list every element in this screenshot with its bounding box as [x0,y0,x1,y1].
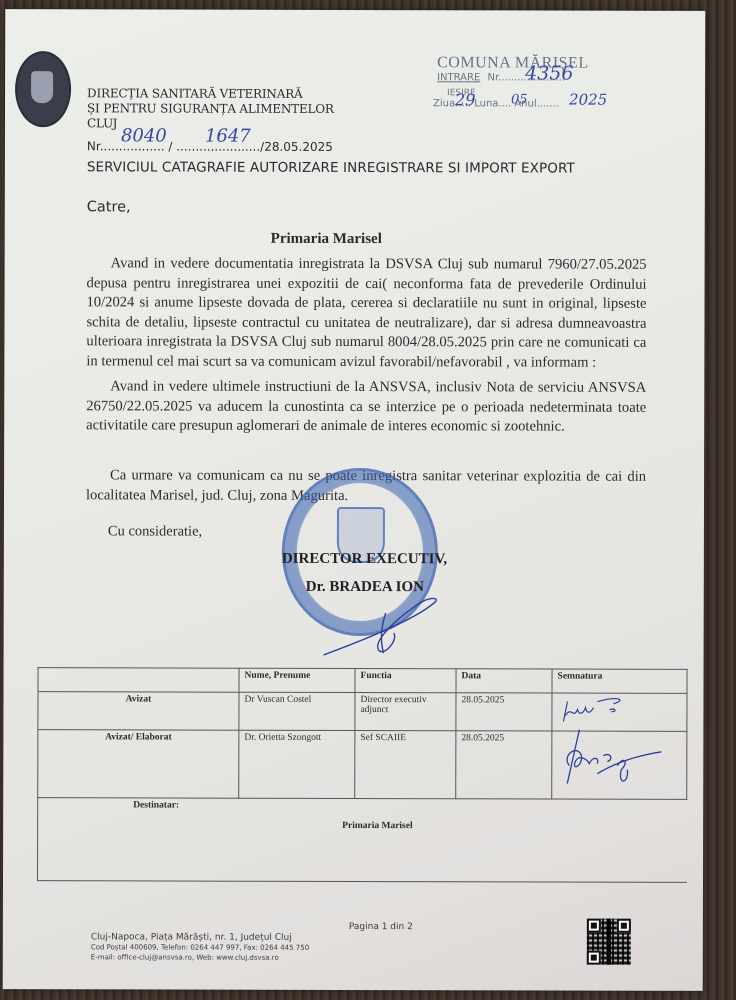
row-signature [552,731,687,799]
row-role: Avizat/ Elaborat [38,730,239,799]
row-role: Avizat [38,692,239,731]
closing: Cu consideratie, [108,523,202,540]
document-page: DIRECȚIA SANITARĂ VETERINARĂ ȘI PENTRU S… [3,9,706,991]
ziua-value: 29 [455,90,475,109]
handwritten-number-1: 8040 [121,125,167,146]
table-header-row: Nume, Prenume Functia Data Semnatura [38,668,687,694]
footer-address: Cluj-Napoca, Piața Mărăști, nr. 1, Județ… [91,932,309,963]
signature-icon [557,726,667,786]
page-number: Pagina 1 din 2 [349,922,413,932]
coat-of-arms-icon [31,71,53,103]
registration-stamp: COMUNA MĂRIȘEL INTRARE Nr...............… [437,54,589,114]
footer-web-line: E-mail: office-cluj@ansvsa.ro, Web: www.… [91,952,309,963]
qr-code-icon [587,919,631,965]
signatory-name: Dr. BRADEA ION [306,579,424,596]
signature-icon [557,696,647,726]
destinatar-value: Primaria Marisel [43,820,682,832]
institution-line-2: ȘI PENTRU SIGURANȚA ALIMENTELOR [87,101,334,117]
header-date: Data [456,669,552,693]
stamp-nr-value: 4356 [525,62,573,84]
footer-address-line: Cluj-Napoca, Piața Mărăști, nr. 1, Județ… [91,932,309,943]
salutation: Catre, [87,199,131,215]
institution-line-1: DIRECȚIA SANITARĂ VETERINARĂ [87,86,334,102]
row-name: Dr. Orietta Szongott [239,730,355,798]
luna-label: Luna [474,98,498,109]
body-paragraph-1: Avand in vedere documentatia inregistrat… [86,254,646,372]
destinatar-label: Destinatar: [43,800,682,812]
header-function: Functia [355,669,456,693]
stamp-nr-label: Nr. [487,72,501,83]
nr-prefix: Nr. [87,139,104,153]
header-signature: Semnatura [552,669,687,693]
ziua-label: Ziua [433,98,455,109]
nr-date: /28.05.2025 [260,140,333,154]
header-role [38,668,239,693]
body-paragraph-2: Avand in vedere ultimele instructiuni de… [86,377,646,437]
approvals-table: Nume, Prenume Functia Data Semnatura Avi… [37,667,688,883]
row-date: 28.05.2025 [456,693,552,731]
table-row: Avizat/ Elaborat Dr. Orietta Szongott Se… [38,730,687,800]
government-emblem-icon [15,51,71,127]
row-date: 28.05.2025 [456,731,552,799]
row-function: Director executiv adjunct [355,693,456,731]
handwritten-number-2: 1647 [205,126,251,147]
header-name: Nume, Prenume [239,668,355,692]
service-title: SERVICIUL CATAGRAFIE AUTORIZARE INREGIST… [87,159,575,176]
footer-contact-line: Cod Poștal 400609, Telefon: 0264 447 997… [91,942,309,953]
signatory-title: DIRECTOR EXECUTIV, [282,551,447,568]
recipient: Primaria Marisel [271,231,382,248]
intrare-label: INTRARE [437,72,480,83]
row-function: Sef SCAIIE [355,731,456,799]
destinatar-row: Destinatar: Primaria Marisel [38,798,687,883]
luna-value: 05 [511,92,528,107]
row-name: Dr Vuscan Costel [239,692,355,730]
document-number-line: Nr................. / ..................… [87,139,333,154]
anul-value: 2025 [569,91,607,109]
